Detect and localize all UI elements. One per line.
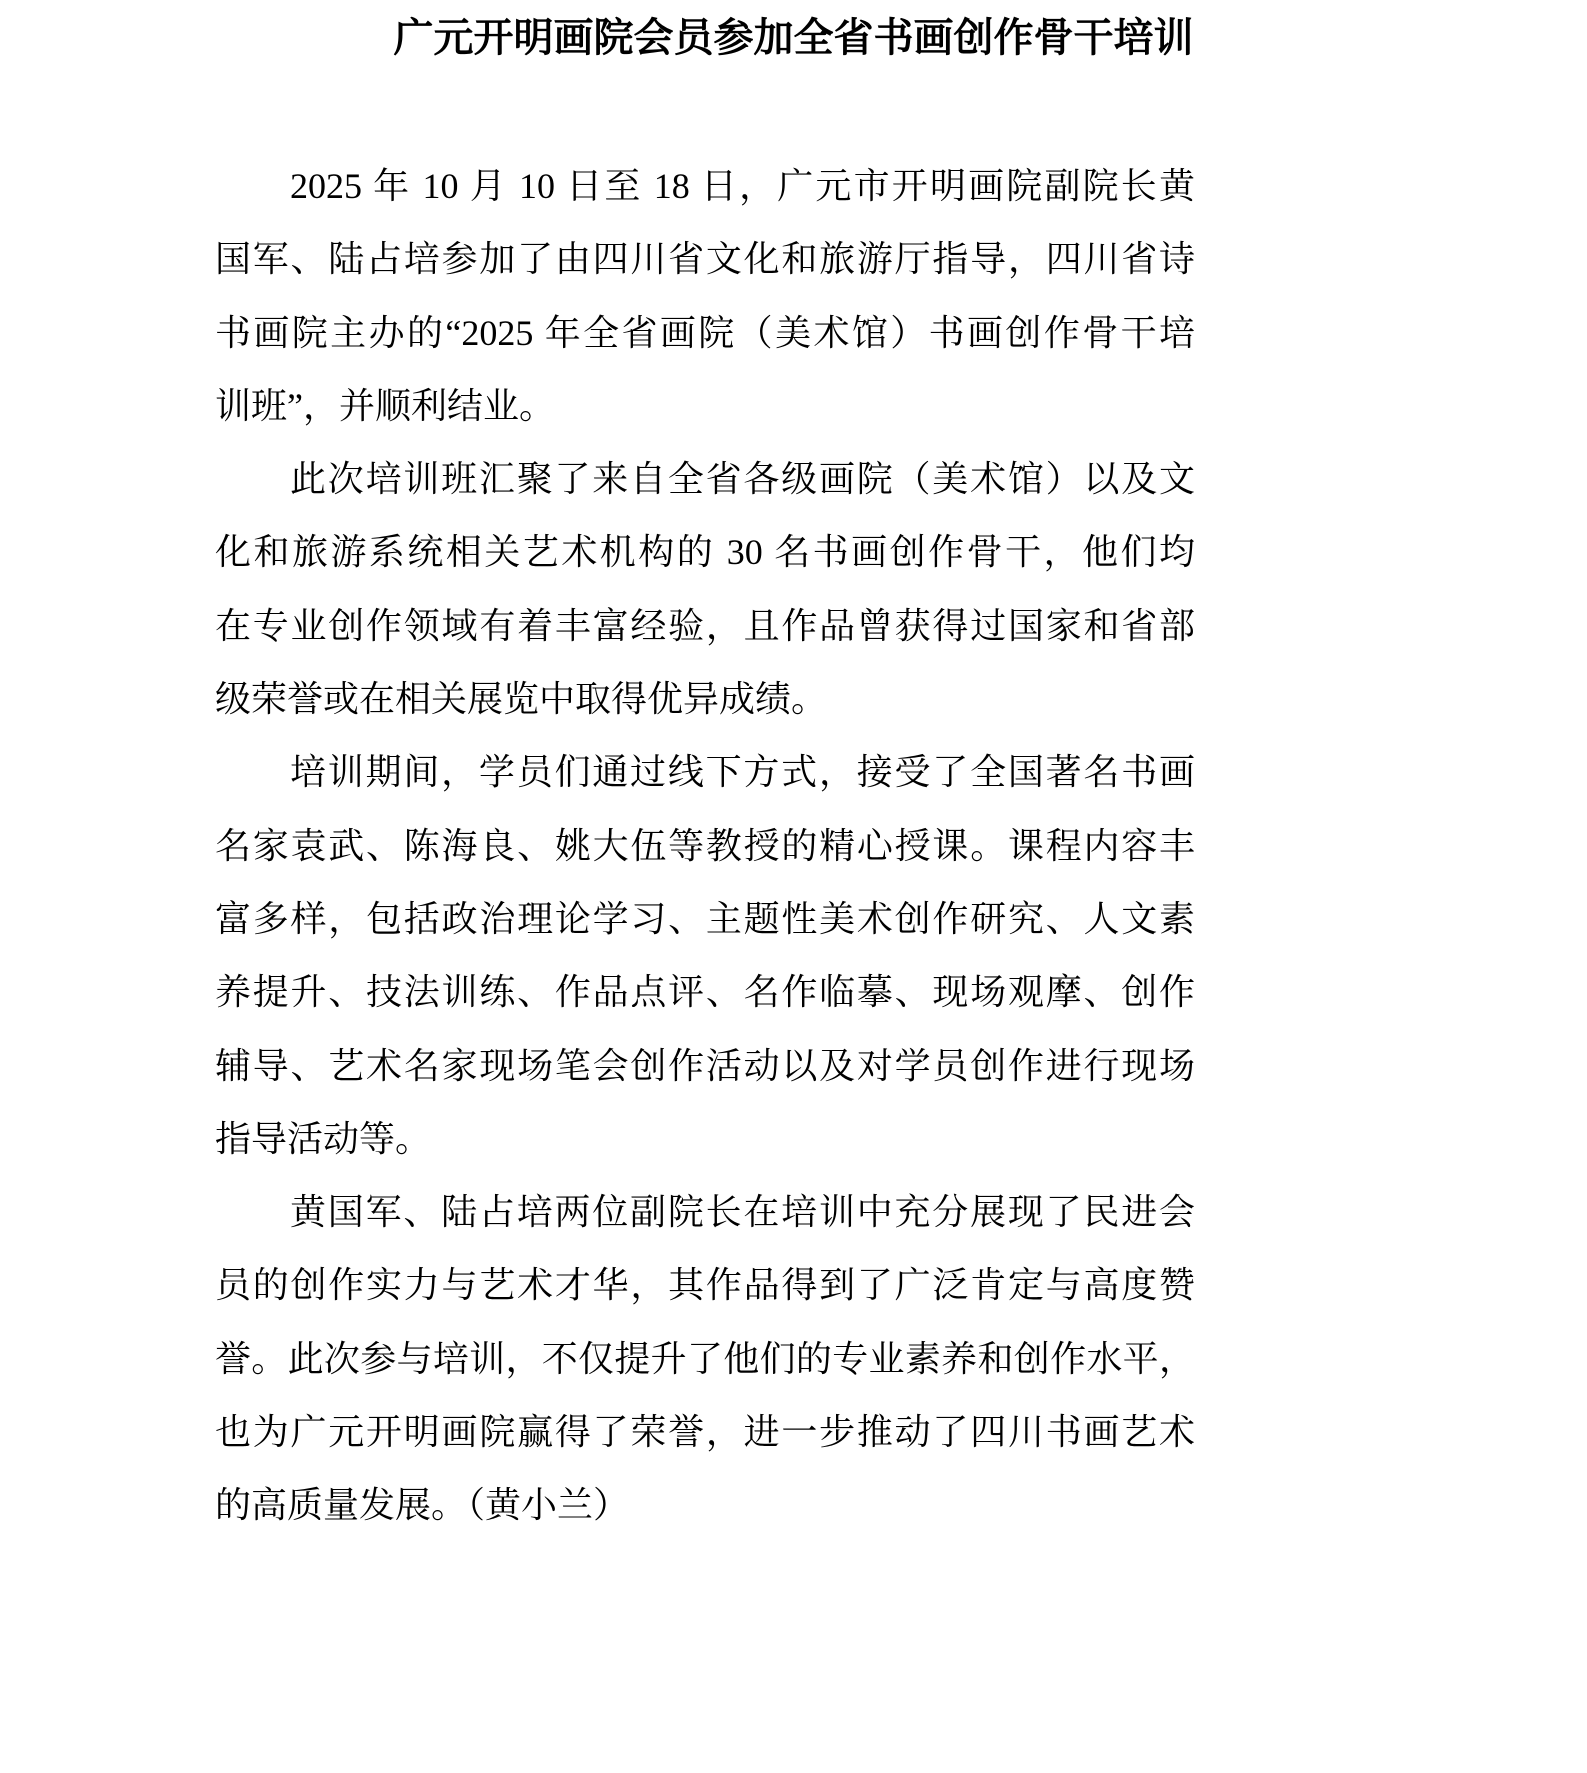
text-line: 养提升、技法训练、作品点评、名作临摹、现场观摩、创作 [215, 956, 1195, 1029]
text-line: 在专业创作领域有着丰富经验，且作品曾获得过国家和省部 [215, 590, 1195, 663]
text-line: 国军、陆占培参加了由四川省文化和旅游厅指导，四川省诗 [215, 223, 1195, 296]
text-line: 2025 年 10 月 10 日至 18 日，广元市开明画院副院长黄 [215, 150, 1195, 223]
text-line: 培训期间，学员们通过线下方式，接受了全国著名书画 [215, 736, 1195, 809]
text-line: 级荣誉或在相关展览中取得优异成绩。 [215, 663, 1195, 736]
text-line: 誉。此次参与培训，不仅提升了他们的专业素养和创作水平， [215, 1323, 1195, 1396]
paragraph-1: 2025 年 10 月 10 日至 18 日，广元市开明画院副院长黄 国军、陆占… [215, 150, 1195, 443]
text-line: 名家袁武、陈海良、姚大伍等教授的精心授课。课程内容丰 [215, 810, 1195, 883]
text-line: 员的创作实力与艺术才华，其作品得到了广泛肯定与高度赞 [215, 1249, 1195, 1322]
text-line: 指导活动等。 [215, 1103, 1195, 1176]
document-title: 广元开明画院会员参加全省书画创作骨干培训 [0, 8, 1587, 68]
document-page: 广元开明画院会员参加全省书画创作骨干培训 2025 年 10 月 10 日至 1… [0, 0, 1587, 1773]
paragraph-4: 黄国军、陆占培两位副院长在培训中充分展现了民进会 员的创作实力与艺术才华，其作品… [215, 1176, 1195, 1542]
paragraph-3: 培训期间，学员们通过线下方式，接受了全国著名书画 名家袁武、陈海良、姚大伍等教授… [215, 736, 1195, 1176]
text-line: 训班”，并顺利结业。 [215, 370, 1195, 443]
text-line: 辅导、艺术名家现场笔会创作活动以及对学员创作进行现场 [215, 1030, 1195, 1103]
text-line: 黄国军、陆占培两位副院长在培训中充分展现了民进会 [215, 1176, 1195, 1249]
article-body: 2025 年 10 月 10 日至 18 日，广元市开明画院副院长黄 国军、陆占… [215, 150, 1195, 1543]
text-line: 的高质量发展。（黄小兰） [215, 1469, 1195, 1542]
text-line: 富多样，包括政治理论学习、主题性美术创作研究、人文素 [215, 883, 1195, 956]
paragraph-2: 此次培训班汇聚了来自全省各级画院（美术馆）以及文 化和旅游系统相关艺术机构的 3… [215, 443, 1195, 736]
text-line: 化和旅游系统相关艺术机构的 30 名书画创作骨干，他们均 [215, 516, 1195, 589]
text-line: 也为广元开明画院赢得了荣誉，进一步推动了四川书画艺术 [215, 1396, 1195, 1469]
text-line: 此次培训班汇聚了来自全省各级画院（美术馆）以及文 [215, 443, 1195, 516]
text-line: 书画院主办的“2025 年全省画院（美术馆）书画创作骨干培 [215, 297, 1195, 370]
